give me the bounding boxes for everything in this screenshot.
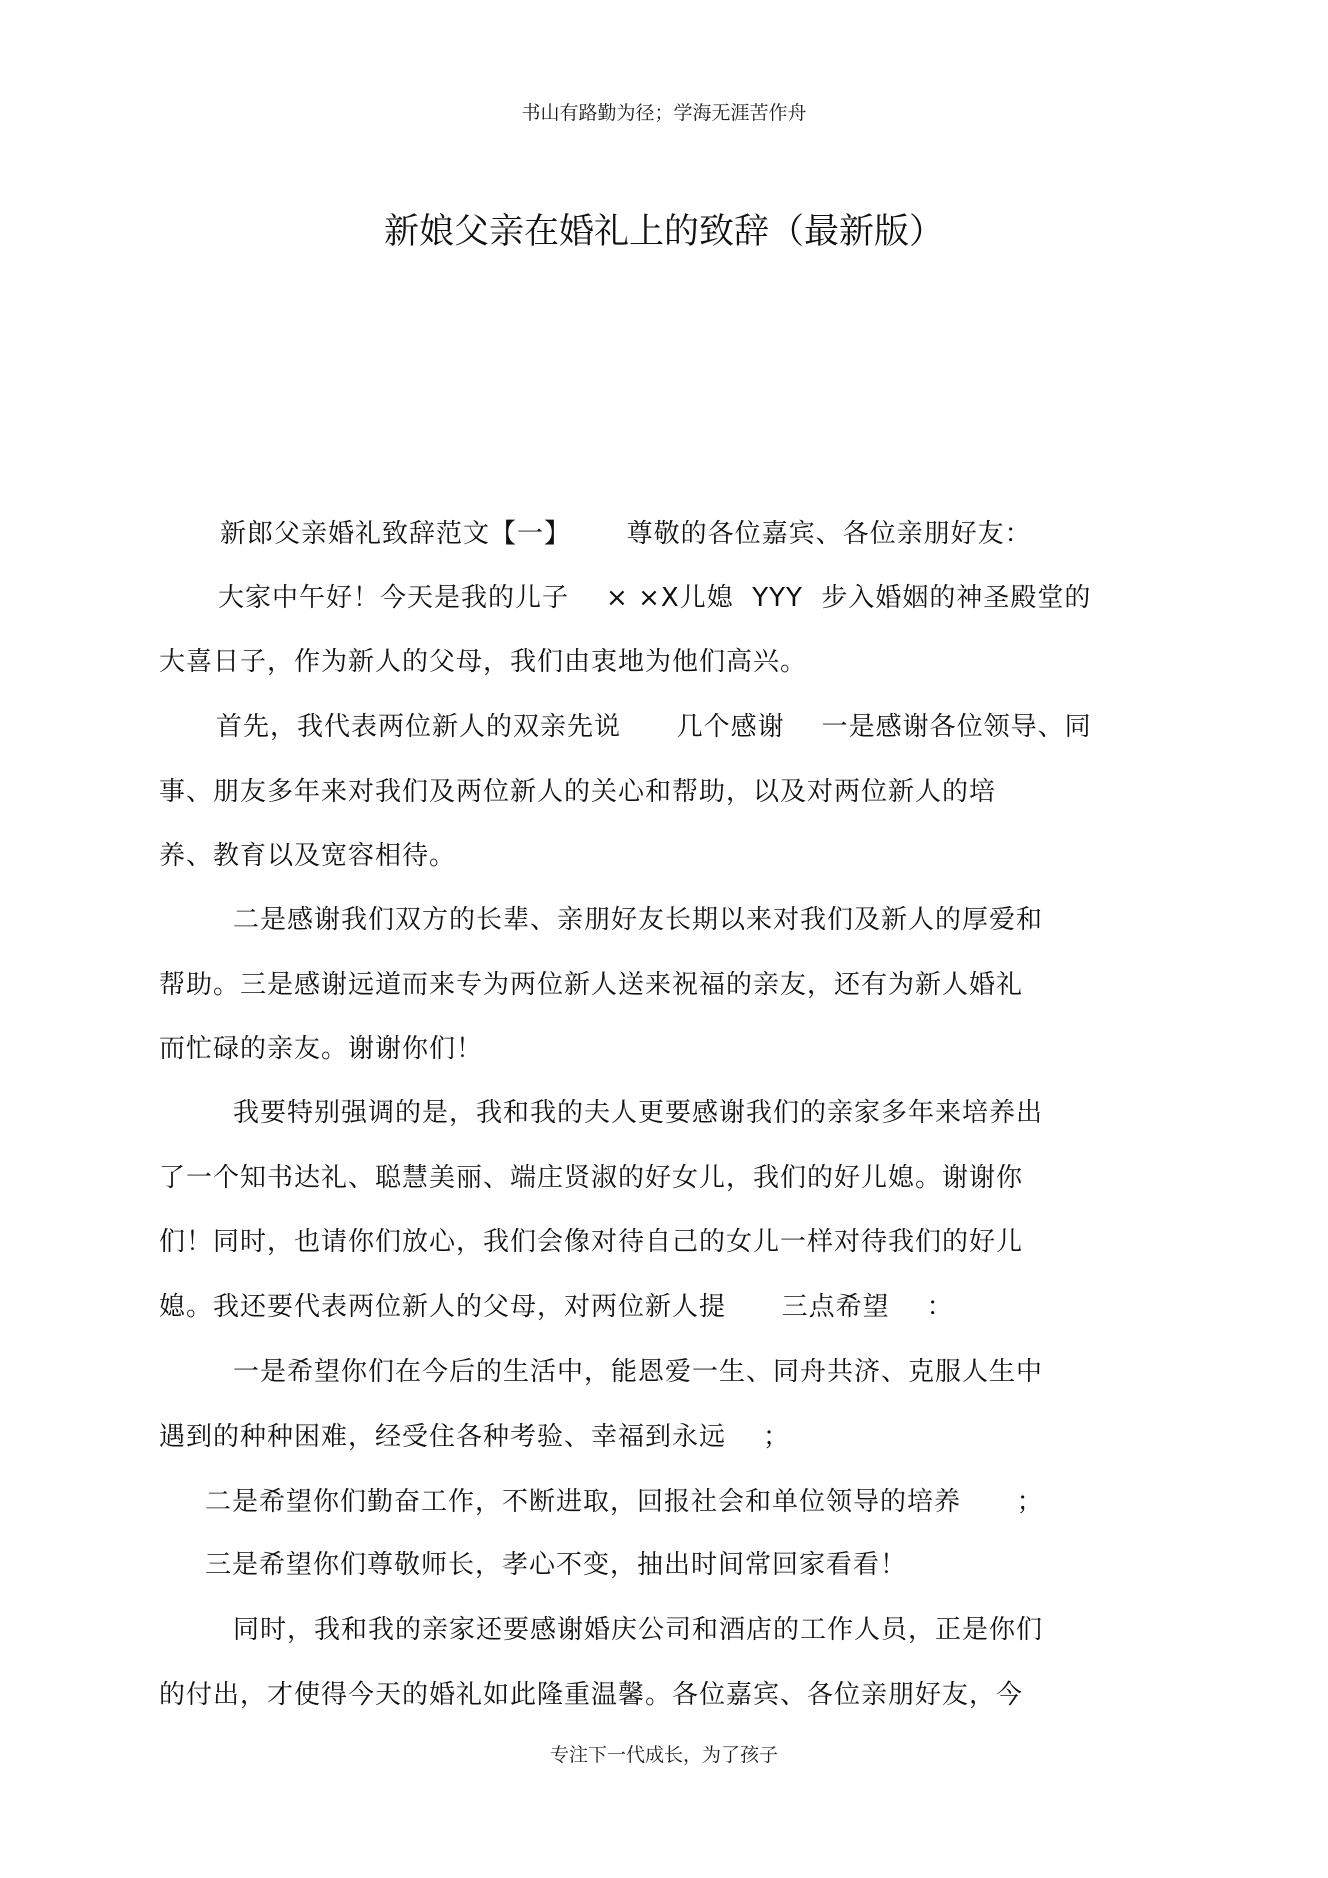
body-line: 了一个知书达礼、聪慧美丽、端庄贤淑的好女儿，我们的好儿媳。谢谢你: [159, 1162, 1023, 1194]
body-line: 而忙碌的亲友。谢谢你们！: [159, 1033, 483, 1065]
body-line: 三是希望你们尊敬师长，孝心不变，抽出时间常回家看看！: [205, 1549, 907, 1581]
body-line: 二是感谢我们双方的长辈、亲朋好友长期以来对我们及新人的厚爱和: [233, 904, 1043, 936]
body-line: 一是希望你们在今后的生活中，能恩爱一生、同舟共济、克服人生中: [233, 1356, 1043, 1388]
body-line: 养、教育以及宽容相待。: [159, 840, 456, 872]
body-line: 事、朋友多年来对我们及两位新人的关心和帮助，以及对两位新人的培: [159, 776, 996, 808]
body-line: 新郎父亲婚礼致辞范文【一】 尊敬的各位嘉宾、各位亲朋好友：: [220, 518, 1032, 550]
body-line: 二是希望你们勤奋工作，不断进取，回报社会和单位领导的培养 ；: [205, 1486, 1044, 1518]
page-header-motto: 书山有路勤为径；学海无涯苦作舟: [0, 98, 1328, 125]
body-line: 的付出，才使得今天的婚礼如此隆重温馨。各位嘉宾、各位亲朋好友，今: [159, 1679, 1023, 1711]
body-line: 大家中午好！今天是我的儿子 × ×X儿媳 YYY 步入婚姻的神圣殿堂的: [218, 582, 1091, 614]
body-line: 首先，我代表两位新人的双亲先说 几个感谢 一是感谢各位领导、同: [216, 711, 1092, 743]
body-line: 我要特别强调的是，我和我的夫人更要感谢我们的亲家多年来培养出: [233, 1097, 1043, 1129]
body-line: 大喜日子，作为新人的父母，我们由衷地为他们高兴。: [159, 646, 807, 678]
body-line: 遇到的种种困难，经受住各种考验、幸福到永远 ；: [159, 1421, 790, 1453]
body-line: 们！同时，也请你们放心，我们会像对待自己的女儿一样对待我们的好儿: [159, 1226, 1023, 1258]
body-line: 媳。我还要代表两位新人的父母，对两位新人提 三点希望 ：: [159, 1291, 954, 1323]
body-line: 同时，我和我的亲家还要感谢婚庆公司和酒店的工作人员，正是你们: [233, 1614, 1043, 1646]
page-footer-slogan: 专注下一代成长，为了孩子: [0, 1740, 1328, 1767]
document-title: 新娘父亲在婚礼上的致辞（最新版）: [0, 204, 1328, 254]
body-line: 帮助。三是感谢远道而来专为两位新人送来祝福的亲友，还有为新人婚礼: [159, 969, 1023, 1001]
